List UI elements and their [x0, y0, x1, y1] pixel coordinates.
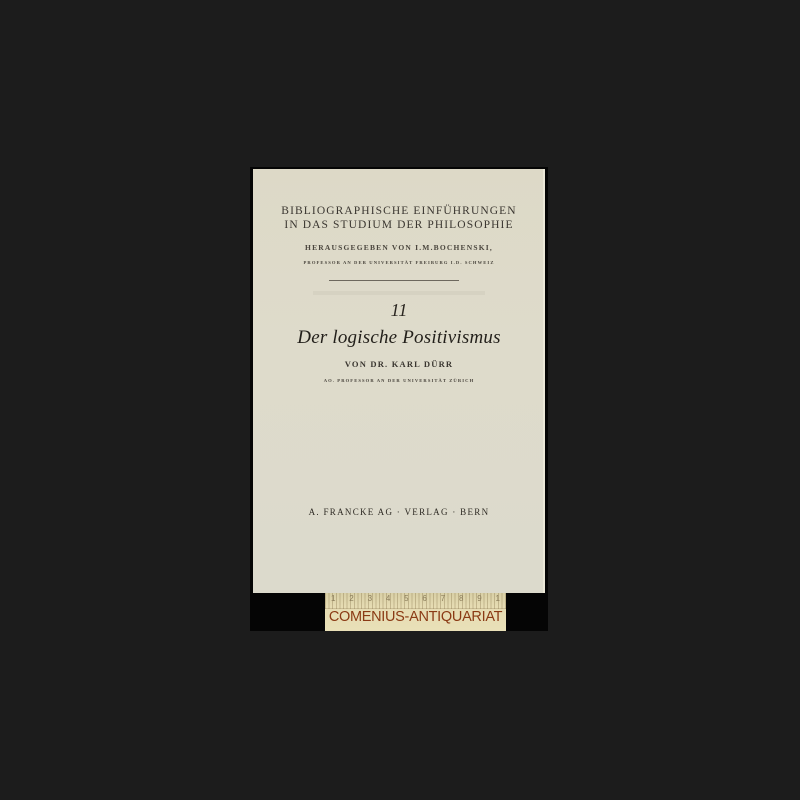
ruler-number: 4 [386, 594, 390, 603]
series-title-line-2: IN DAS STUDIUM DER PHILOSOPHIE [253, 219, 545, 231]
volume-number: 11 [253, 300, 545, 321]
ruler-number: 9 [477, 594, 481, 603]
author-credit: VON DR. KARL DÜRR [253, 359, 545, 369]
scale-ruler: 1 2 3 4 5 6 7 8 9 1 COMENIUS-ANTIQUARIAT [325, 593, 506, 631]
ruler-number: 2 [349, 594, 353, 603]
publisher-imprint: A. FRANCKE AG · VERLAG · BERN [253, 507, 545, 517]
editor-affiliation: PROFESSOR AN DER UNIVERSITÄT FREIBURG I.… [253, 260, 545, 265]
ruler-number: 1 [496, 594, 500, 603]
series-title-line-1: BIBLIOGRAPHISCHE EINFÜHRUNGEN [253, 205, 545, 217]
ruler-number: 6 [422, 594, 426, 603]
antiquariat-label: COMENIUS-ANTIQUARIAT [325, 609, 506, 625]
show-through-text [313, 291, 485, 295]
ruler-numbers: 1 2 3 4 5 6 7 8 9 1 [325, 594, 506, 603]
ruler-number: 1 [331, 594, 335, 603]
ruler-number: 3 [368, 594, 372, 603]
ruler-number: 5 [404, 594, 408, 603]
ruler-number: 8 [459, 594, 463, 603]
ruler-number: 7 [441, 594, 445, 603]
divider-rule [329, 280, 459, 281]
author-affiliation: AO. PROFESSOR AN DER UNIVERSITÄT ZÜRICH [253, 378, 545, 383]
book-title: Der logische Positivismus [253, 327, 545, 349]
book-cover: BIBLIOGRAPHISCHE EINFÜHRUNGEN IN DAS STU… [253, 169, 545, 593]
editor-credit: HERAUSGEGEBEN VON I.M.BOCHENSKI, [253, 243, 545, 252]
